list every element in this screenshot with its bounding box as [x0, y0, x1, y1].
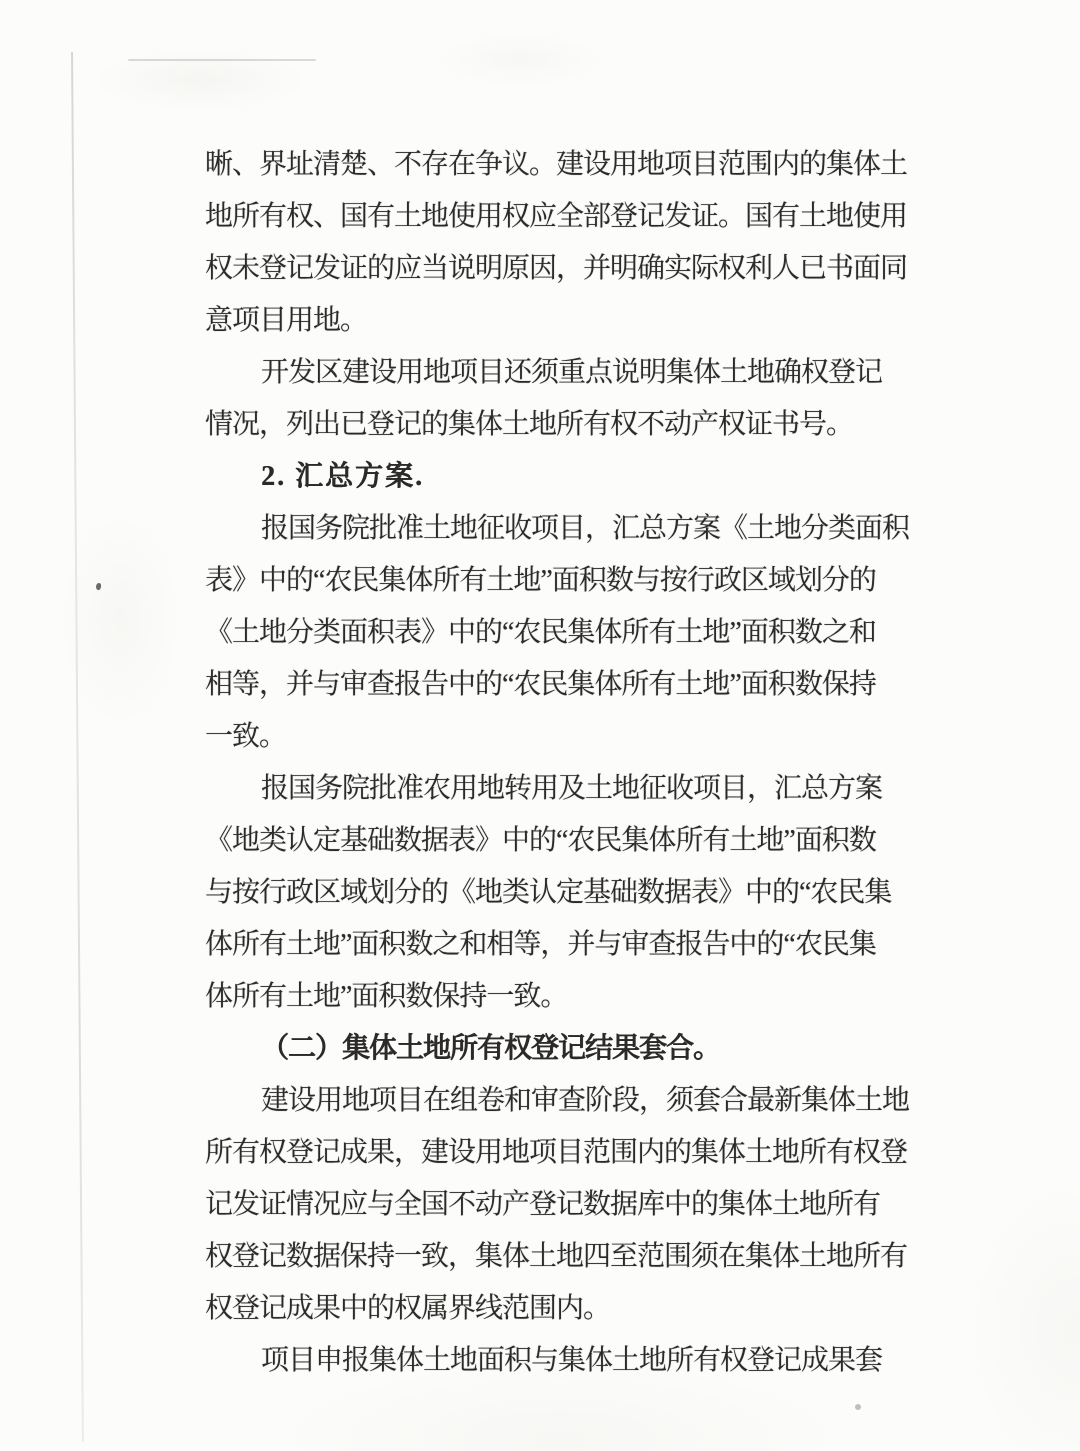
paper-top-edge-line: [128, 59, 316, 61]
text-line: 一致。: [205, 711, 915, 763]
text-line: 报国务院批准土地征收项目，汇总方案《土地分类面积: [205, 503, 915, 555]
text-line: 意项目用地。: [205, 295, 915, 347]
scan-dot: [855, 1404, 861, 1410]
text-line: 项目申报集体土地面积与集体土地所有权登记成果套: [205, 1335, 915, 1387]
ink-speck: [95, 582, 102, 590]
text-block: 晰、界址清楚、不存在争议。建设用地项目范围内的集体土 地所有权、国有土地使用权应…: [205, 139, 915, 1387]
heading-section-two: （二）集体土地所有权登记结果套合。: [205, 1023, 915, 1075]
paper-fold-line: [71, 52, 84, 1442]
text-line: 建设用地项目在组卷和审查阶段，须套合最新集体土地: [205, 1075, 915, 1127]
text-line: 体所有土地”面积数保持一致。: [205, 971, 915, 1023]
text-line: 体所有土地”面积数之和相等，并与审查报告中的“农民集: [205, 919, 915, 971]
text-line: 记发证情况应与全国不动产登记数据库中的集体土地所有: [205, 1179, 915, 1231]
text-line: 开发区建设用地项目还须重点说明集体土地确权登记: [205, 347, 915, 399]
scanned-page: 晰、界址清楚、不存在争议。建设用地项目范围内的集体土 地所有权、国有土地使用权应…: [0, 0, 1080, 1451]
text-line: 权登记成果中的权属界线范围内。: [205, 1283, 915, 1335]
text-line: 《土地分类面积表》中的“农民集体所有土地”面积数之和: [205, 607, 915, 659]
text-line: 与按行政区域划分的《地类认定基础数据表》中的“农民集: [205, 867, 915, 919]
text-line: 权未登记发证的应当说明原因，并明确实际权利人已书面同: [205, 243, 915, 295]
text-line: 情况，列出已登记的集体土地所有权不动产权证书号。: [205, 399, 915, 451]
text-line: 所有权登记成果，建设用地项目范围内的集体土地所有权登: [205, 1127, 915, 1179]
heading-summary-plan: 2. 汇总方案.: [205, 451, 915, 503]
text-line: 《地类认定基础数据表》中的“农民集体所有土地”面积数: [205, 815, 915, 867]
text-line: 表》中的“农民集体所有土地”面积数与按行政区域划分的: [205, 555, 915, 607]
text-line: 地所有权、国有土地使用权应全部登记发证。国有土地使用: [205, 191, 915, 243]
text-line: 权登记数据保持一致，集体土地四至范围须在集体土地所有: [205, 1231, 915, 1283]
text-line: 报国务院批准农用地转用及土地征收项目，汇总方案: [205, 763, 915, 815]
text-line: 相等，并与审查报告中的“农民集体所有土地”面积数保持: [205, 659, 915, 711]
text-line: 晰、界址清楚、不存在争议。建设用地项目范围内的集体土: [205, 139, 915, 191]
